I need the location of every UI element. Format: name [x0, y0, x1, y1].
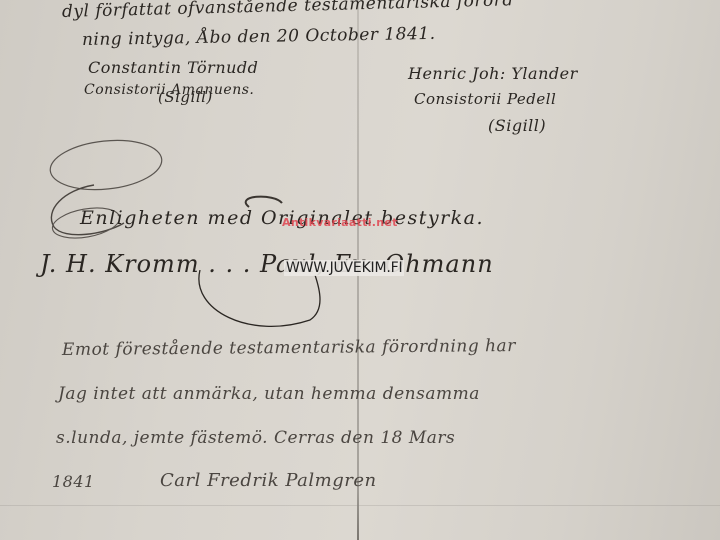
- text-line-2: ning intyga, Åbo den 20 October 1841.: [82, 24, 436, 50]
- watermark-antikvariaatti: Antikvariaatti.net: [282, 216, 398, 229]
- capital-e-flourish-icon: [24, 135, 284, 255]
- document-page: dyl författat ofvanstående testamentaris…: [0, 0, 720, 540]
- date-year: 1841: [52, 472, 95, 491]
- right-signature-title: Consistorii Pedell: [414, 90, 556, 108]
- text-line-4: Jag intet att anmärka, utan hemma densam…: [58, 384, 480, 404]
- text-line-3: Emot förestående testamentariska förordn…: [62, 336, 516, 360]
- text-line-5: s.lunda, jemte fästemö. Cerras den 18 Ma…: [56, 428, 455, 448]
- bottom-signature: Carl Fredrik Palmgren: [160, 470, 377, 491]
- right-seal-note: (Sigill): [488, 116, 546, 135]
- watermark-juvekim: WWW.JUVEKIM.FI: [284, 260, 404, 276]
- left-seal-note: (Sigill): [158, 88, 213, 106]
- paper-fold-horizontal: [0, 505, 720, 506]
- left-signature-name: Constantin Törnudd: [88, 58, 258, 77]
- text-line-1: dyl författat ofvanstående testamentaris…: [62, 0, 514, 22]
- right-signature-name: Henric Joh: Ylander: [408, 64, 578, 83]
